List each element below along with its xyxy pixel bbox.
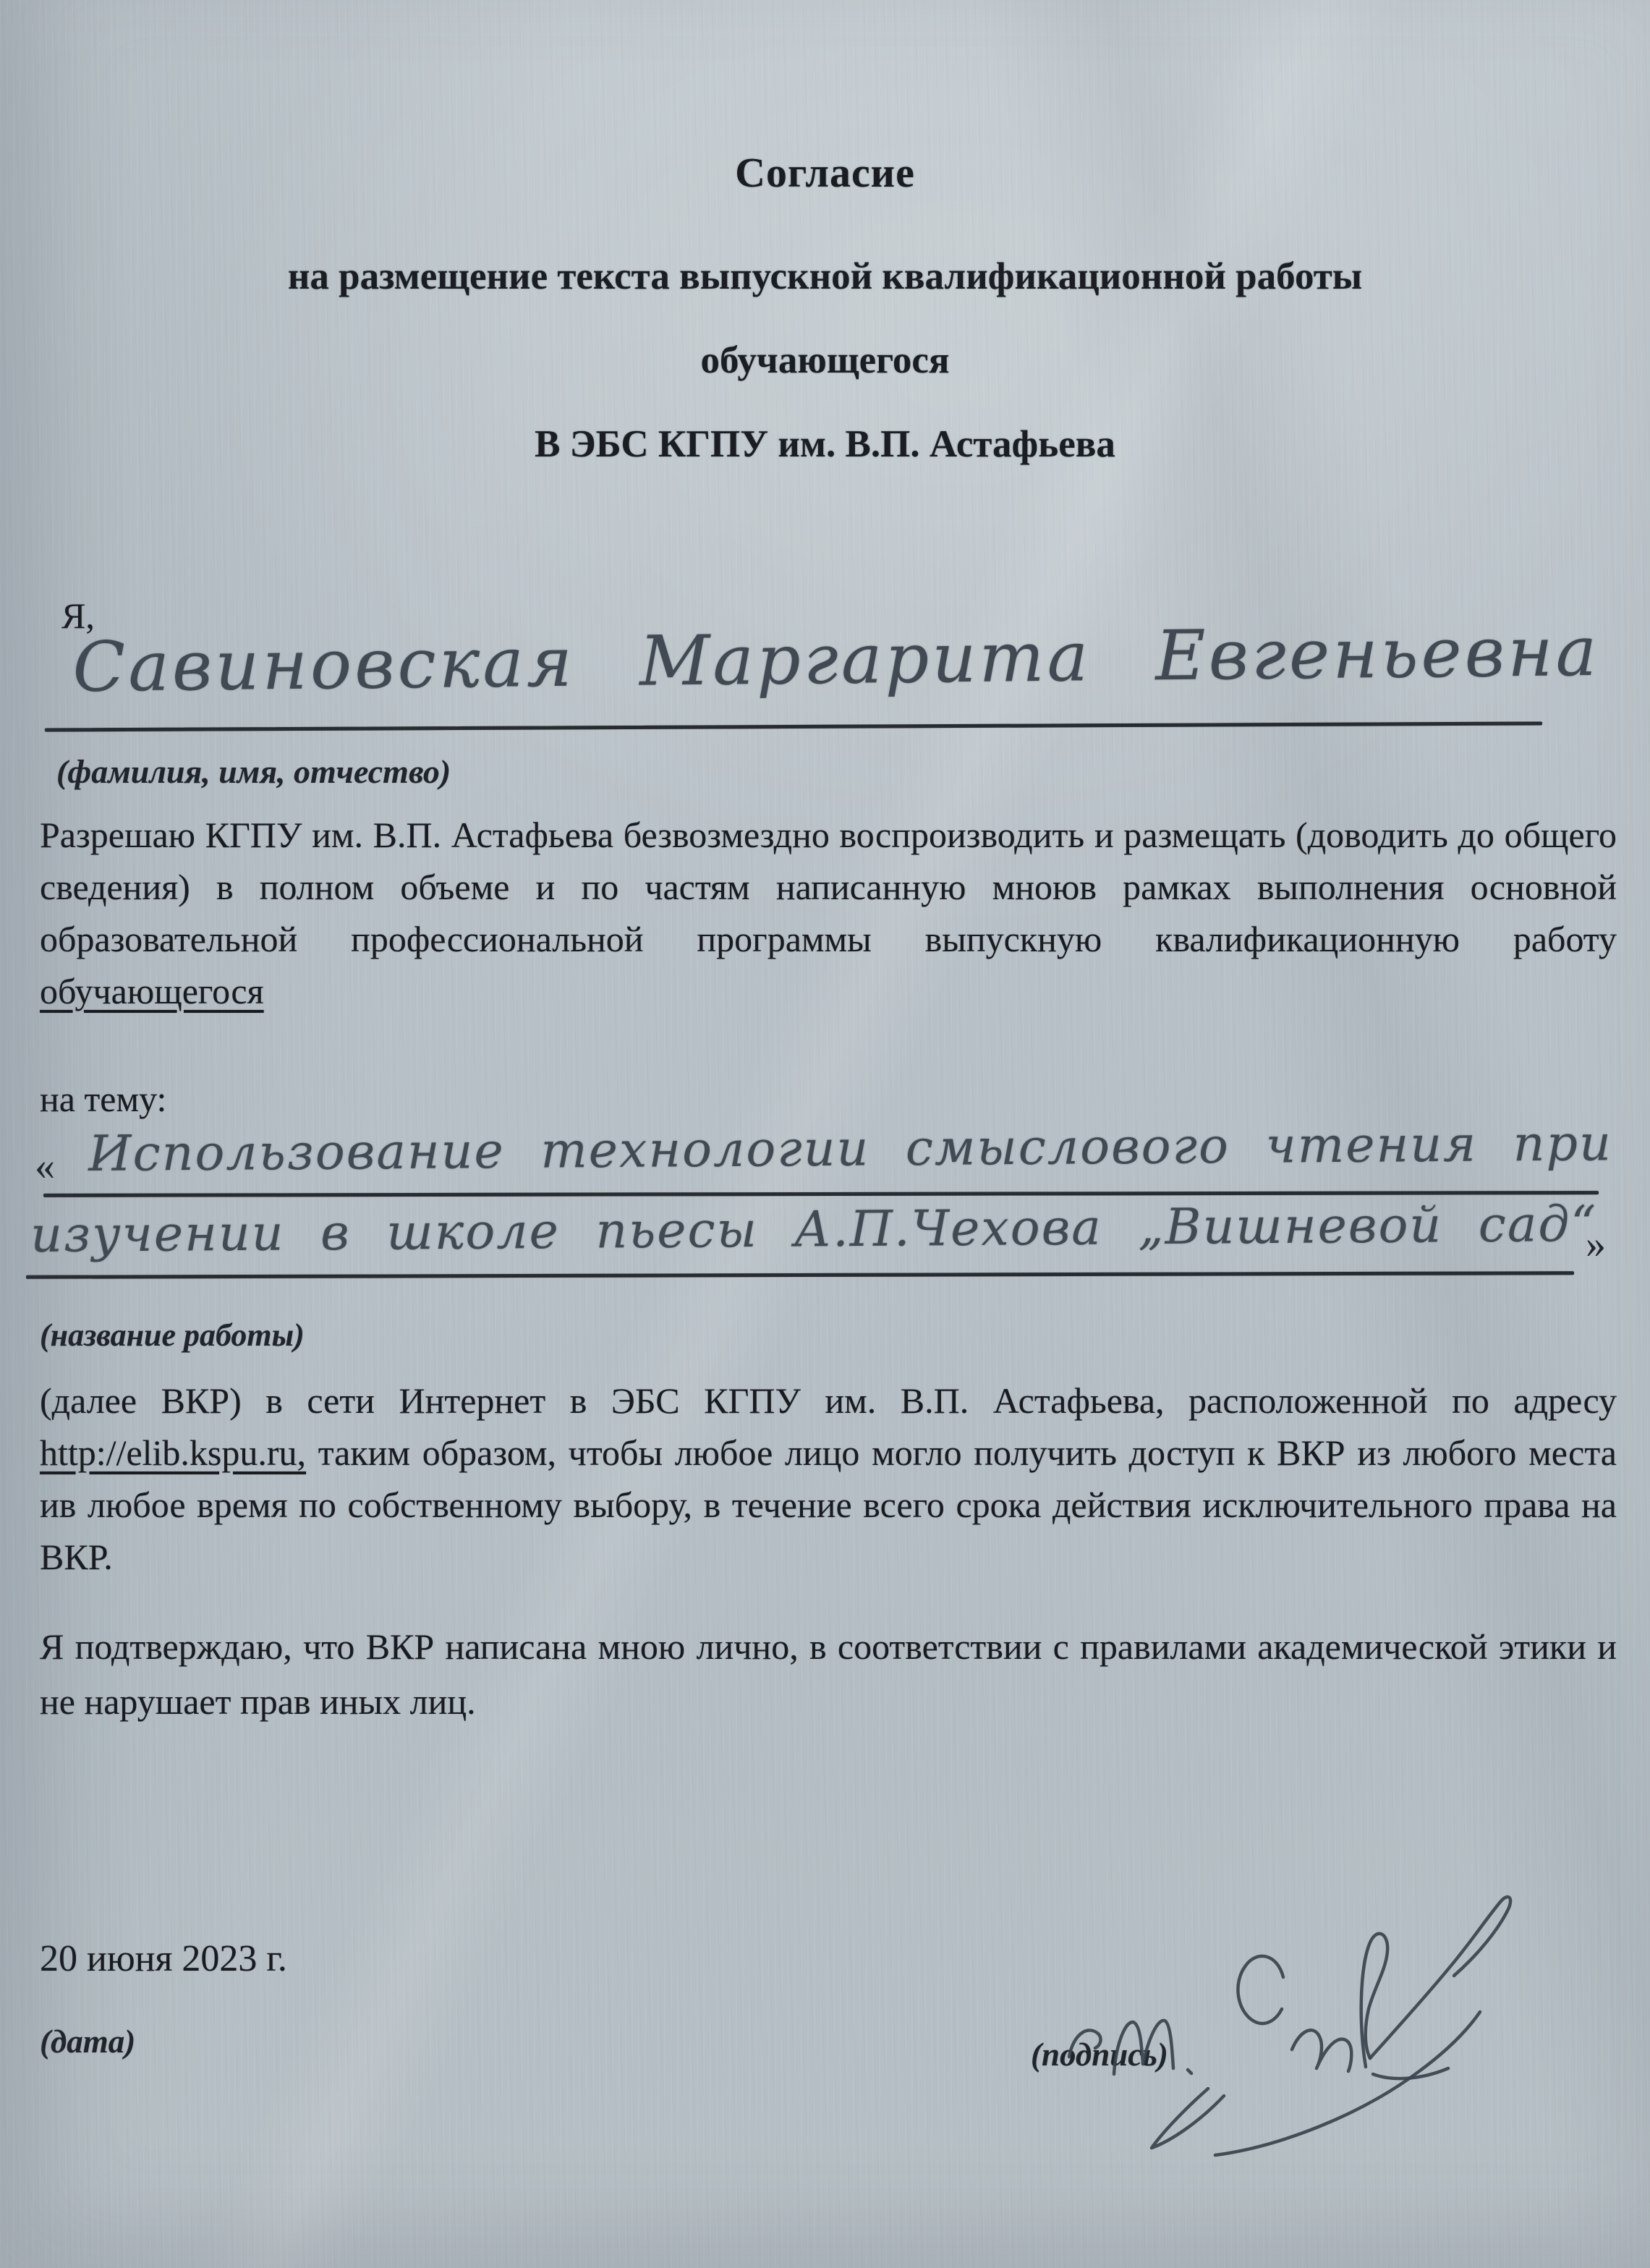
topic-caption: (название работы) — [40, 1317, 305, 1354]
document-subtitle-line3: В ЭБС КГПУ им. В.П. Астафьева — [0, 422, 1650, 466]
permission-text: Разрешаю КГПУ им. В.П. Астафьева безвозм… — [40, 815, 1617, 959]
signature-scribble — [1042, 1856, 1519, 2159]
document-title: Согласие — [0, 148, 1650, 197]
topic-underline-1 — [43, 1191, 1599, 1197]
permission-paragraph: Разрешаю КГПУ им. В.П. Астафьева безвозм… — [40, 809, 1617, 1017]
scanned-consent-document: Согласие на размещение текста выпускной … — [0, 0, 1650, 2268]
document-subtitle-line1: на размещение текста выпускной квалифика… — [0, 255, 1650, 298]
declarant-name-handwritten: Савиновская Маргарита Евгеньевна — [72, 612, 1600, 708]
document-subtitle-line2: обучающегося — [0, 339, 1650, 382]
topic-handwritten-line1: Использование технологии смыслового чтен… — [88, 1115, 1612, 1183]
topic-handwritten-line2: изучении в школе пьесы А.П.Чехова „Вишне… — [30, 1196, 1598, 1264]
topic-close-quote: » — [1586, 1221, 1606, 1267]
date-caption: (дата) — [40, 2023, 135, 2060]
topic-label: на тему: — [40, 1073, 166, 1125]
topic-open-quote: « — [35, 1143, 55, 1189]
date-value: 20 июня 2023 г. — [40, 1933, 287, 1985]
name-underline — [45, 721, 1542, 731]
terms-paragraph: (далее ВКР) в сети Интернет в ЭБС КГПУ и… — [40, 1375, 1617, 1583]
confirmation-paragraph: Я подтверждаю, что ВКР написана мною лич… — [40, 1619, 1617, 1729]
name-caption: (фамилия, имя, отчество) — [56, 752, 451, 791]
terms-text-part1: (далее ВКР) в сети Интернет в ЭБС КГПУ и… — [40, 1380, 1617, 1421]
topic-underline-2 — [26, 1271, 1574, 1279]
permission-underlined-word: обучающегося — [40, 971, 264, 1011]
elib-url-text: http://elib.kspu.ru, — [40, 1432, 306, 1473]
